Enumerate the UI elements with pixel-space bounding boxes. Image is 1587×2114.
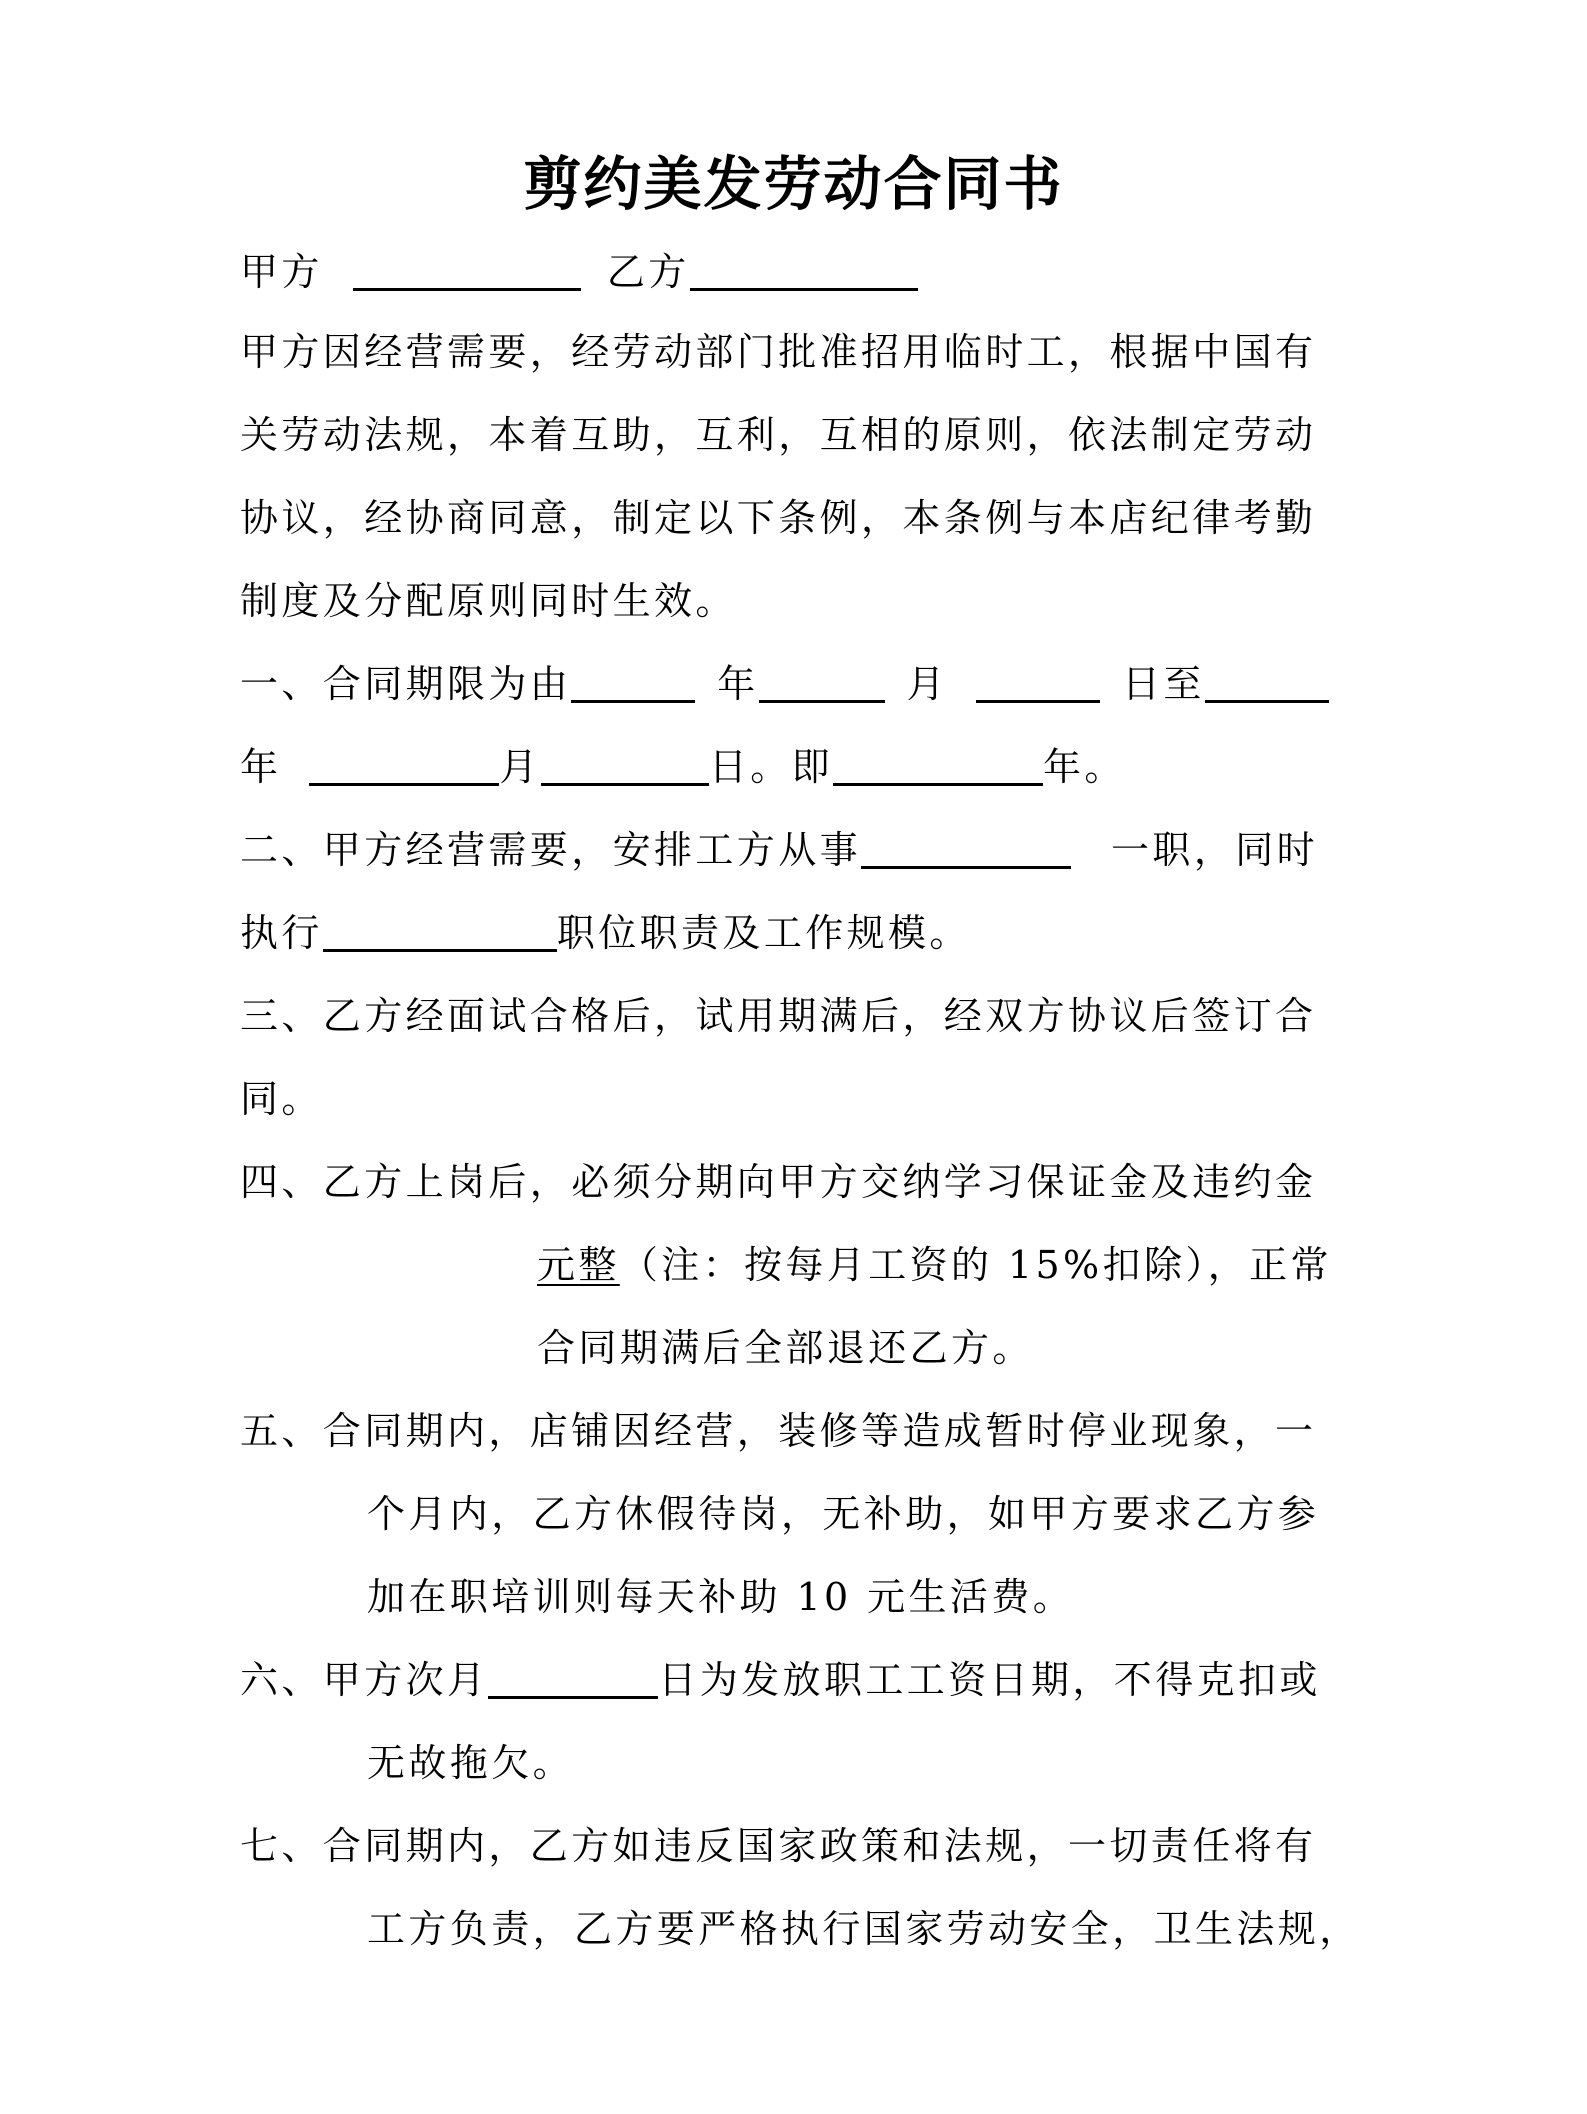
clause-6-line-1: 六、甲方次月日为发放职工工资日期，不得克扣或 xyxy=(240,1654,1321,1706)
position-blank[interactable] xyxy=(861,832,1071,869)
parties-line: 甲方乙方 xyxy=(240,246,918,298)
start-year-blank[interactable] xyxy=(571,666,695,703)
party-a-blank[interactable] xyxy=(353,254,581,291)
clause-2-prefix: 二、甲方经营需要，安排工方从事 xyxy=(240,828,861,872)
start-month-blank[interactable] xyxy=(759,666,885,703)
clause-2-line-1: 二、甲方经营需要，安排工方从事一职，同时 xyxy=(240,824,1318,876)
clause-2-line-2: 执行职位职责及工作规模。 xyxy=(240,907,971,959)
clause-3-line-1: 三、乙方经面试合格后，试用期满后，经双方协议后签订合 xyxy=(240,990,1316,1042)
party-a-label: 甲方 xyxy=(240,250,323,294)
party-b-label: 乙方 xyxy=(607,250,690,294)
day-to-label: 日至 xyxy=(1122,662,1205,706)
clause-5-line-1: 五、合同期内，店铺因经营，装修等造成暂时停业现象，一 xyxy=(240,1405,1316,1457)
payday-blank[interactable] xyxy=(488,1662,658,1699)
clause-4-line-2: 元整（注：按每月工资的 15%扣除），正常 xyxy=(537,1239,1332,1291)
clause-1-line-1: 一、合同期限为由年月日至 xyxy=(240,658,1329,710)
clause-1-prefix: 一、合同期限为由 xyxy=(240,662,571,706)
end-year-blank[interactable] xyxy=(1205,666,1329,703)
preamble-line-4: 制度及分配原则同时生效。 xyxy=(240,575,737,627)
clause-1-line-2: 年月日。即年。 xyxy=(240,741,1126,793)
month-label: 月 xyxy=(907,662,948,706)
month-label: 月 xyxy=(499,745,540,789)
clause-5-line-3: 加在职培训则每天补助 10 元生活费。 xyxy=(367,1571,1074,1623)
year-label: 年 xyxy=(717,662,758,706)
clause-2-line-2-suffix: 职位职责及工作规模。 xyxy=(557,911,971,955)
clause-6-line-2: 无故拖欠。 xyxy=(367,1737,574,1789)
clause-3-line-2: 同。 xyxy=(240,1073,323,1125)
year-label: 年 xyxy=(240,745,281,789)
end-day-blank[interactable] xyxy=(541,749,709,786)
clause-7-line-1: 七、合同期内，乙方如违反国家政策和法规，一切责任将有 xyxy=(240,1820,1316,1872)
duty-blank[interactable] xyxy=(323,915,557,952)
preamble-line-2: 关劳动法规，本着互助，互利，互相的原则，依法制定劳动 xyxy=(240,409,1316,461)
clause-5-line-2: 个月内，乙方休假待岗，无补助，如甲方要求乙方参 xyxy=(367,1488,1319,1540)
clause-6-suffix: 日为发放职工工资日期，不得克扣或 xyxy=(658,1658,1320,1702)
end-month-blank[interactable] xyxy=(309,749,499,786)
clause-4-line-3: 合同期满后全部退还乙方。 xyxy=(537,1322,1034,1374)
day-label: 日。即 xyxy=(709,745,833,789)
preamble-line-3: 协议，经协商同意，制定以下条例，本条例与本店纪律考勤 xyxy=(240,492,1316,544)
preamble-line-1: 甲方因经营需要，经劳动部门批准招用临时工，根据中国有 xyxy=(240,326,1316,378)
years-label: 年。 xyxy=(1043,745,1126,789)
start-day-blank[interactable] xyxy=(976,666,1100,703)
clause-4-line-1: 四、乙方上岗后，必须分期向甲方交纳学习保证金及违约金 xyxy=(240,1156,1316,1208)
clause-4-note: （注：按每月工资的 15%扣除），正常 xyxy=(620,1243,1332,1287)
document-title: 剪约美发劳动合同书 xyxy=(0,148,1587,220)
duration-years-blank[interactable] xyxy=(833,749,1043,786)
clause-2-line-2-prefix: 执行 xyxy=(240,911,323,955)
party-b-blank[interactable] xyxy=(690,254,918,291)
clause-6-prefix: 六、甲方次月 xyxy=(240,1658,488,1702)
clause-2-suffix: 一职，同时 xyxy=(1111,828,1318,872)
document-page: 剪约美发劳动合同书 甲方乙方 甲方因经营需要，经劳动部门批准招用临时工，根据中国… xyxy=(0,0,1587,2114)
amount-underlined: 元整 xyxy=(537,1243,620,1287)
clause-7-line-2: 工方负责，乙方要严格执行国家劳动安全，卫生法规， xyxy=(367,1903,1361,1955)
